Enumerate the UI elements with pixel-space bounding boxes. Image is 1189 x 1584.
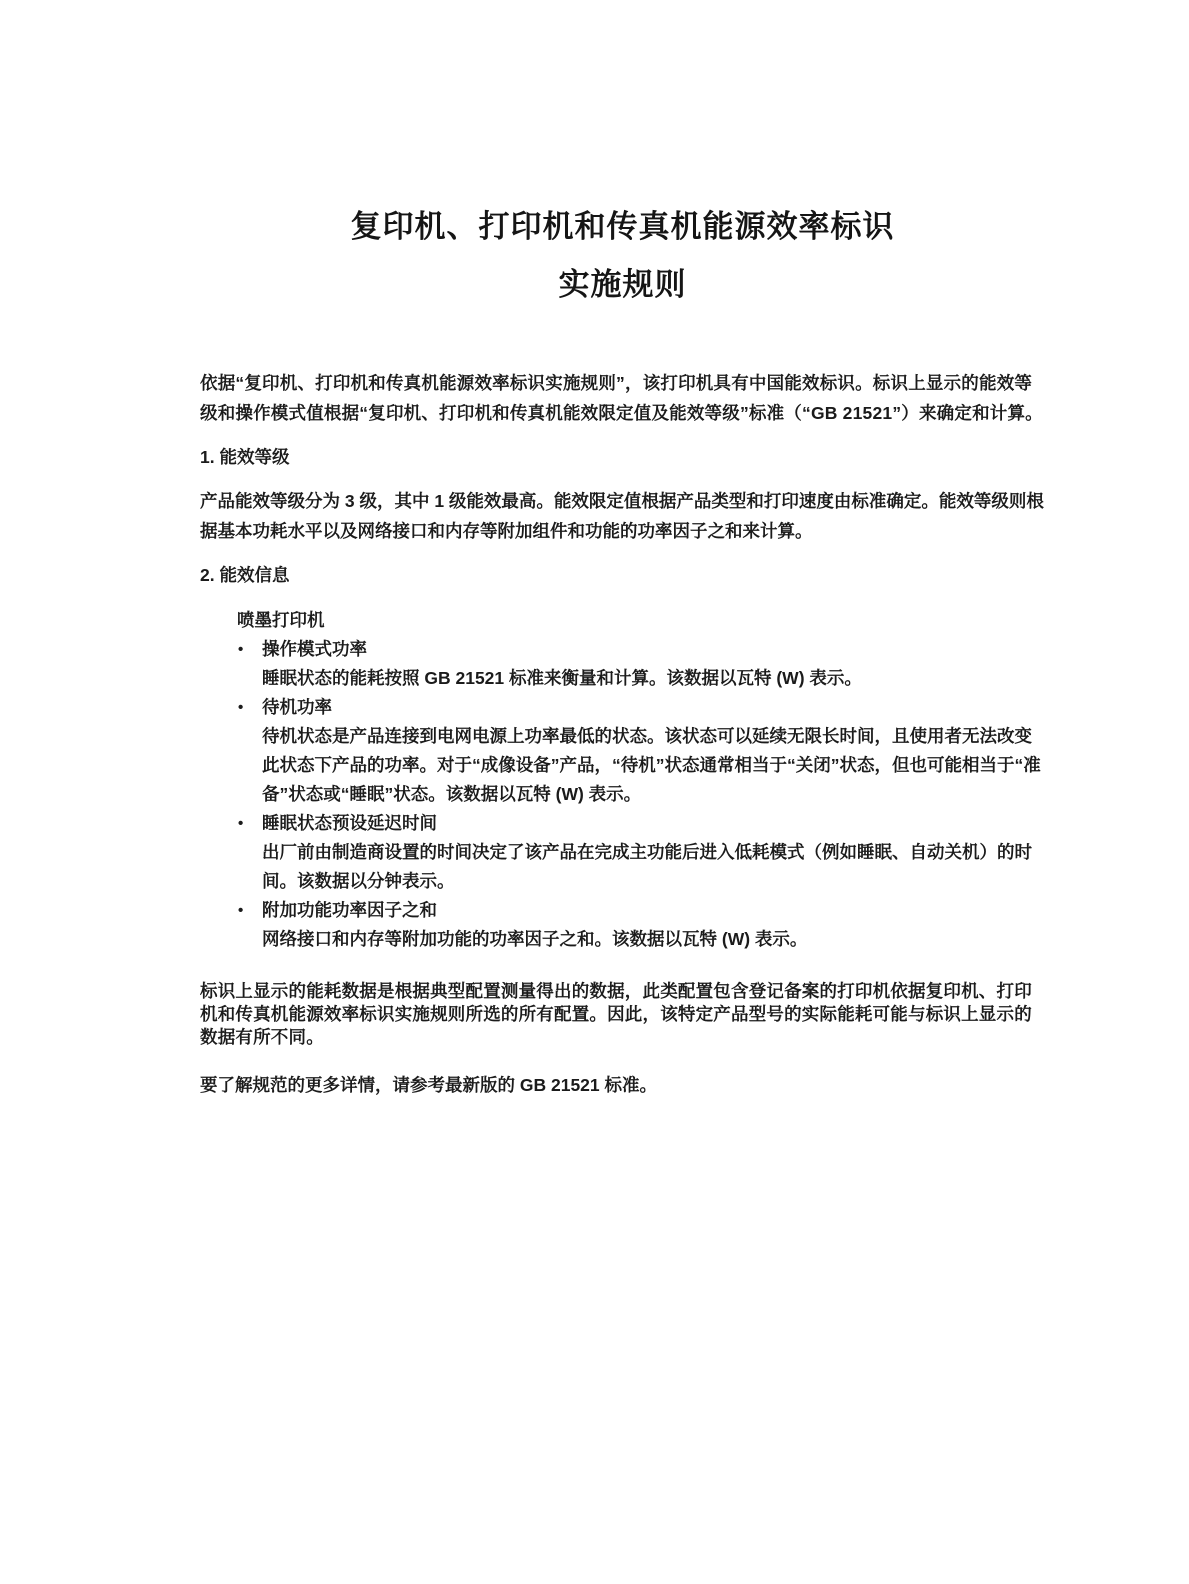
bullet-icon: • <box>238 635 243 664</box>
list-item-standby-power: • 待机功率 待机状态是产品连接到电网电源上功率最低的状态。该状态可以延续无限长… <box>200 693 1045 809</box>
bullet-icon: • <box>238 693 243 722</box>
document-title-line2: 实施规则 <box>200 256 1045 314</box>
list-item-additional-power-factors: • 附加功能功率因子之和 网络接口和内存等附加功能的功率因子之和。该数据以瓦特 … <box>200 896 1045 954</box>
bullet-text: 出厂前由制造商设置的时间决定了该产品在完成主功能后进入低耗模式（例如睡眠、自动关… <box>262 838 1045 896</box>
closing-paragraph: 要了解规范的更多详情，请参考最新版的 GB 21521 标准。 <box>200 1070 1045 1100</box>
list-item-operation-mode-power: • 操作模式功率 睡眠状态的能耗按照 GB 21521 标准来衡量和计算。该数据… <box>200 635 1045 693</box>
bullet-text: 待机状态是产品连接到电网电源上功率最低的状态。该状态可以延续无限长时间，且使用者… <box>262 722 1045 809</box>
bullet-label: 附加功能功率因子之和 <box>262 896 1045 925</box>
section-1-body: 产品能效等级分为 3 级，其中 1 级能效最高。能效限定值根据产品类型和打印速度… <box>200 486 1045 546</box>
printer-type-subheading: 喷墨打印机 <box>200 606 1045 635</box>
document-content: 复印机、打印机和传真机能源效率标识 实施规则 依据“复印机、打印机和传真机能源效… <box>200 0 1045 1100</box>
document-title: 复印机、打印机和传真机能源效率标识 实施规则 <box>200 198 1045 314</box>
note-paragraph: 标识上显示的能耗数据是根据典型配置测量得出的数据，此类配置包含登记备案的打印机依… <box>200 980 1045 1049</box>
bullet-icon: • <box>238 809 243 838</box>
bullet-label: 待机功率 <box>262 693 1045 722</box>
section-1-heading: 1. 能效等级 <box>200 442 1045 472</box>
bullet-text: 网络接口和内存等附加功能的功率因子之和。该数据以瓦特 (W) 表示。 <box>262 925 1045 954</box>
section-2-heading: 2. 能效信息 <box>200 560 1045 590</box>
bullet-text: 睡眠状态的能耗按照 GB 21521 标准来衡量和计算。该数据以瓦特 (W) 表… <box>262 664 1045 693</box>
energy-info-list: • 操作模式功率 睡眠状态的能耗按照 GB 21521 标准来衡量和计算。该数据… <box>200 635 1045 954</box>
bullet-icon: • <box>238 896 243 925</box>
bullet-label: 操作模式功率 <box>262 635 1045 664</box>
document-page: 复印机、打印机和传真机能源效率标识 实施规则 依据“复印机、打印机和传真机能源效… <box>0 0 1189 1584</box>
list-item-sleep-delay-time: • 睡眠状态预设延迟时间 出厂前由制造商设置的时间决定了该产品在完成主功能后进入… <box>200 809 1045 896</box>
intro-paragraph: 依据“复印机、打印机和传真机能源效率标识实施规则”，该打印机具有中国能效标识。标… <box>200 368 1045 428</box>
bullet-label: 睡眠状态预设延迟时间 <box>262 809 1045 838</box>
document-title-line1: 复印机、打印机和传真机能源效率标识 <box>200 198 1045 256</box>
